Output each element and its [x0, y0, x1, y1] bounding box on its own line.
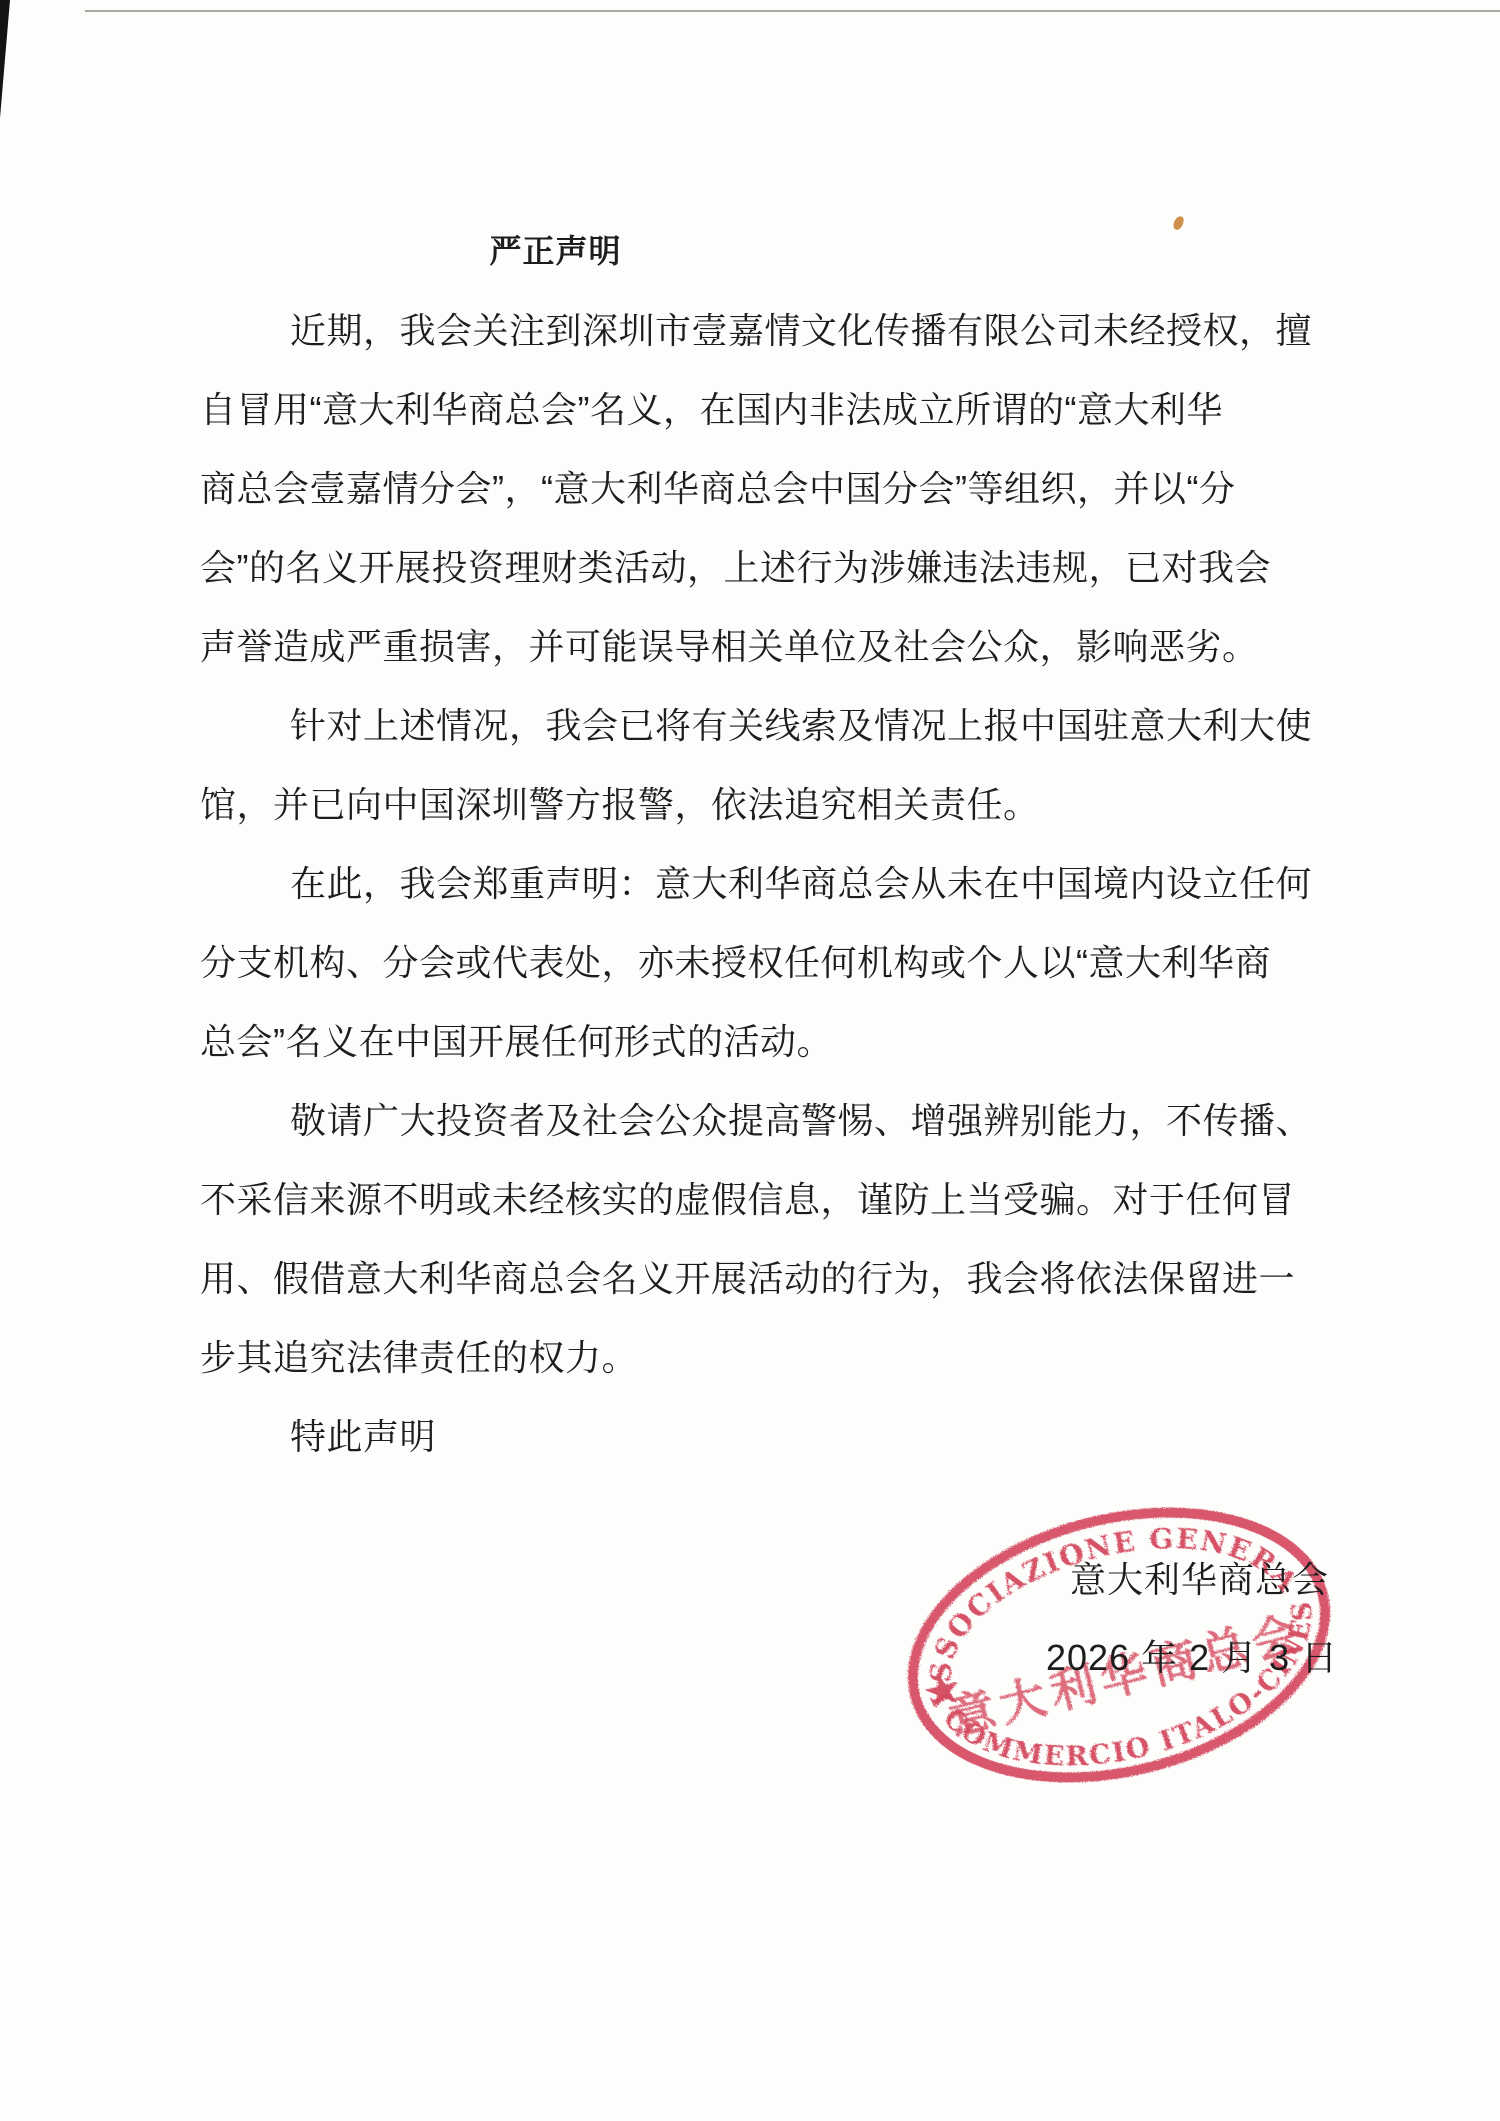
- statement-line: 自冒用“意大利华商总会”名义，在国内非法成立所谓的“意大利华: [200, 370, 1335, 449]
- statement-line: 馆，并已向中国深圳警方报警，依法追究相关责任。: [200, 765, 1335, 844]
- statement-line: 分支机构、分会或代表处，亦未授权任何机构或个人以“意大利华商: [200, 923, 1335, 1002]
- statement-line: 步其追究法律责任的权力。: [200, 1318, 1335, 1397]
- statement-line: 针对上述情况，我会已将有关线索及情况上报中国驻意大利大使: [200, 686, 1335, 765]
- statement-title: 严正声明: [0, 212, 1123, 291]
- statement-line: 总会”名义在中国开展任何形式的活动。: [200, 1002, 1335, 1081]
- scan-edge-line: [85, 10, 1500, 12]
- statement-body: 严正声明 近期，我会关注到深圳市壹嘉情文化传播有限公司未经授权，擅自冒用“意大利…: [200, 212, 1335, 1476]
- statement-line: 敬请广大投资者及社会公众提高警惕、增强辨别能力，不传播、: [200, 1081, 1335, 1160]
- scan-corner-shadow: [0, 0, 10, 118]
- scanned-page: 严正声明 近期，我会关注到深圳市壹嘉情文化传播有限公司未经授权，擅自冒用“意大利…: [0, 0, 1500, 2121]
- statement-line: 会”的名义开展投资理财类活动，上述行为涉嫌违法违规，已对我会: [200, 528, 1335, 607]
- statement-line: 在此，我会郑重声明：意大利华商总会从未在中国境内设立任何: [200, 844, 1335, 923]
- statement-line: 用、假借意大利华商总会名义开展活动的行为，我会将依法保留进一: [200, 1239, 1335, 1318]
- statement-line: 特此声明: [200, 1397, 1335, 1476]
- signature-org-name: 意大利华商总会: [1070, 1552, 1329, 1603]
- statement-line: 近期，我会关注到深圳市壹嘉情文化传播有限公司未经授权，擅: [200, 291, 1335, 370]
- statement-line: 不采信来源不明或未经核实的虚假信息，谨防上当受骗。对于任何冒: [200, 1160, 1335, 1239]
- statement-line: 商总会壹嘉情分会”，“意大利华商总会中国分会”等组织，并以“分: [200, 449, 1335, 528]
- statement-paragraphs: 近期，我会关注到深圳市壹嘉情文化传播有限公司未经授权，擅自冒用“意大利华商总会”…: [200, 291, 1335, 1476]
- statement-line: 声誉造成严重损害，并可能误导相关单位及社会公众，影响恶劣。: [200, 607, 1335, 686]
- signature-date: 2026 年 2 月 3 日: [1046, 1630, 1338, 1681]
